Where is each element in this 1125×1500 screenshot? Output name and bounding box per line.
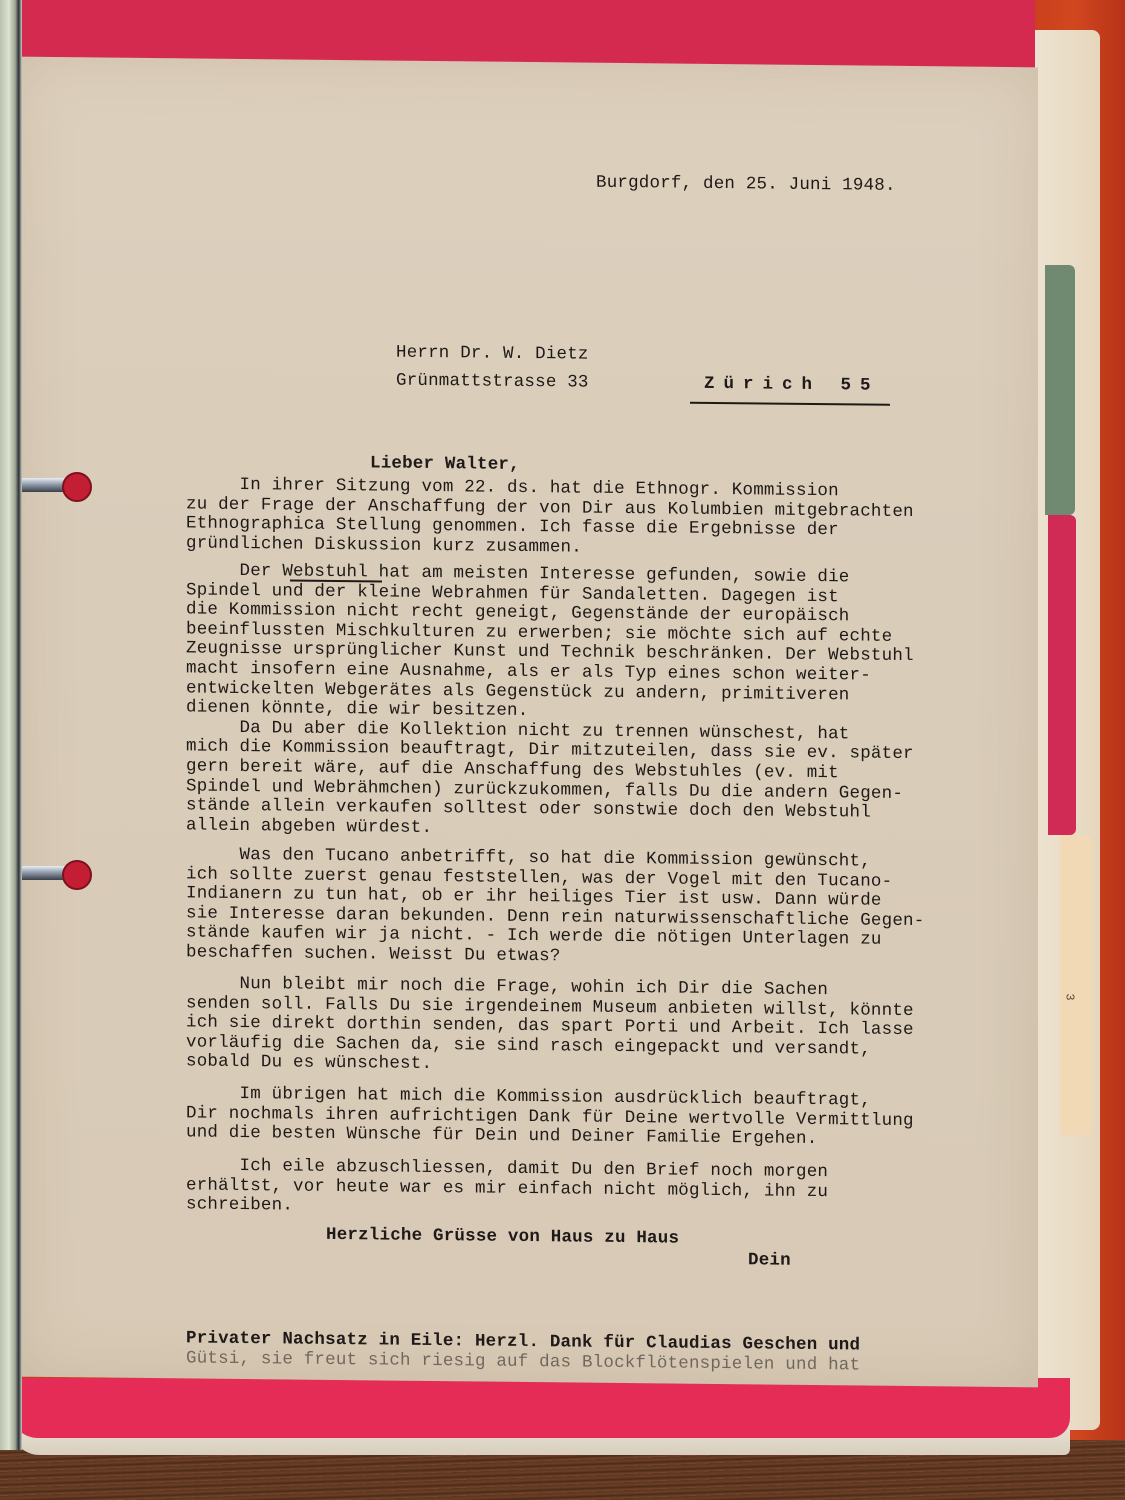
divider-tab-red[interactable] xyxy=(1048,515,1076,835)
divider-tab-green[interactable] xyxy=(1045,265,1075,515)
body-line: sobald Du es wünschest. xyxy=(186,1052,432,1075)
recipient-city: Zürich 55 xyxy=(704,374,880,396)
punch-hole-bottom xyxy=(62,860,92,890)
punch-hole-top xyxy=(62,472,92,502)
letter-page: Burgdorf, den 25. Juni 1948. Herrn Dr. W… xyxy=(18,57,1038,1388)
closing: Herzliche Grüsse von Haus zu Haus xyxy=(326,1225,679,1249)
body-line: gründlichen Diskussion kurz zusammen. xyxy=(186,533,582,557)
signature-word: Dein xyxy=(748,1250,791,1270)
city-underline xyxy=(690,402,890,406)
binder-spine xyxy=(0,0,22,1450)
tab-mark: 3 xyxy=(1063,993,1077,1000)
recipient-street: Grünmattstrasse 33 xyxy=(396,371,589,393)
date-line: Burgdorf, den 25. Juni 1948. xyxy=(596,173,896,196)
divider-tab-cream[interactable] xyxy=(1060,835,1092,1135)
body-line: schreiben. xyxy=(186,1195,293,1216)
divider-sheet-bottom xyxy=(10,1378,1070,1438)
salutation: Lieber Walter, xyxy=(370,453,520,475)
body-line: allein abgeben würdest. xyxy=(186,815,432,838)
body-line: beschaffen suchen. Weisst Du etwas? xyxy=(186,942,561,966)
recipient-name: Herrn Dr. W. Dietz xyxy=(396,343,589,365)
